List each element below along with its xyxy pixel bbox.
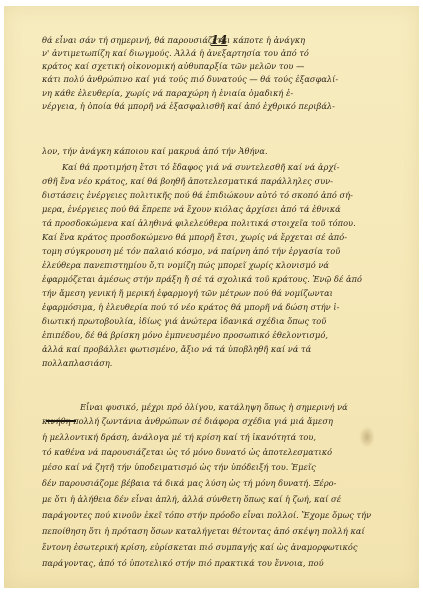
manuscript-line: διωτική πρωτοβουλία, ἰδίως γιά ἀνώτερα ἰ… (42, 316, 417, 326)
manuscript-line: ἐφαρμόζεται ἀμέσως στήν πράξη ἤ σέ τά σχ… (42, 274, 417, 284)
manuscript-line: μερα, ἐνέργειες πού θά ἔπρεπε νά ἔχουν κ… (42, 204, 417, 214)
manuscript-line: ἐφαρμόσιμα, ἡ ἐλευθερία πού τό νέο κράτο… (42, 302, 417, 312)
manuscript-line: διστάσεις ἐνέργειες πολιτικῆς πού θά ἐπι… (42, 190, 417, 200)
manuscript-line: με ὅτι ἡ ἀλήθεια δέν εἶναι ἀπλή, ἀλλά σύ… (42, 494, 417, 504)
manuscript-line: κινήθη πολλή ζωντάνια ἀνθρώπων σέ διάφορ… (42, 416, 417, 426)
manuscript-line: νη κάθε ἐλευθερία, χωρίς νά παραχώρη ἡ ἐ… (42, 88, 417, 98)
manuscript-text-body: θά εἶναι σάν τή σημερινή, θά παρουσιάζετ… (4, 6, 419, 588)
manuscript-line: πεποίθηση ὅτι ἡ πρόταση ὅσων καταλήγεται… (42, 526, 417, 536)
manuscript-line: κράτος καί σχετική οἰκονομική αὐθυπαρξία… (42, 61, 417, 71)
manuscript-line: νέργεια, ἡ ὁποία θά μπορῆ νά ἐξασφαλισθῆ… (42, 101, 417, 111)
manuscript-line: πολλαπλασιάση. (42, 358, 417, 368)
paragraph-dash (46, 420, 76, 422)
manuscript-line: παράγοντες πού κινοῦν ἐκεῖ τόπο στήν πρό… (42, 510, 417, 520)
manuscript-line: κάτι πολύ ἀνθρώπινο καί γιά τούς πιό δυν… (42, 74, 417, 84)
manuscript-line: θά εἶναι σάν τή σημερινή, θά παρουσιάζετ… (42, 35, 417, 45)
manuscript-line: ἐλεύθερα πανεπιστημίου ὅ,τι νομίζη πώς μ… (42, 260, 417, 270)
manuscript-line: λον, τήν ἀνάγκη κάποιου καί μακρυά ἀπό τ… (42, 146, 417, 156)
manuscript-line: τό καθένα νά παρουσιάζεται ὡς τό μόνο δυ… (42, 447, 417, 457)
manuscript-line: τά προσδοκώμενα καί ἀληθινά φιλελεύθερα … (42, 218, 417, 228)
ink-stain (359, 426, 375, 448)
manuscript-line: ἀλλά καί προβάλλει φωτισμένο, ἄξιο νά τά… (42, 344, 417, 354)
manuscript-line: τήν ἄμεση γενική ἤ μερική ἐφαρμογή τῶν μ… (42, 288, 417, 298)
manuscript-page: 14 θά εἶναι σάν τή σημερινή, θά παρουσιά… (4, 6, 419, 588)
manuscript-line: Εἶναι φυσικό, μέχρι πρό ὀλίγου, κατάληψη… (80, 402, 417, 412)
manuscript-line: Καί ἕνα κράτος προσδοκώμενο θά μπορῆ ἔτσ… (42, 232, 417, 242)
manuscript-line: μέσο καί νά ζητῆ τήν ὑποδειματισμό ὡς τή… (42, 462, 417, 472)
manuscript-line: σθῆ ἕνα νέο κράτος, καί θά βοηθῆ ἀποτελε… (42, 176, 417, 186)
manuscript-line: ἐπιπέδου, δέ θά βρίσκη μόνο ἐμπνευσμένο … (42, 330, 417, 340)
manuscript-line: Καί θά προτιμήση ἔτσι τό ἔδαφος γιά νά σ… (62, 162, 417, 172)
manuscript-line: παράγοντας, ἀπό τό ὑποτελικό στήν πιό πρ… (42, 558, 417, 568)
manuscript-line: ἔντονη ἐσωτερική κρίση, εὑρίσκεται πιό σ… (42, 542, 417, 552)
manuscript-line: δέν παρουσιάζομε βέβαια τά δικά μας λύση… (42, 478, 417, 488)
manuscript-line: ν' ἀντιμετωπίζη καί διωγμούς. Ἀλλά ἡ ἀνε… (42, 48, 417, 58)
manuscript-line: τομη σύγκρουση μέ τόν παλαιό κόσμο, νά π… (42, 246, 417, 256)
